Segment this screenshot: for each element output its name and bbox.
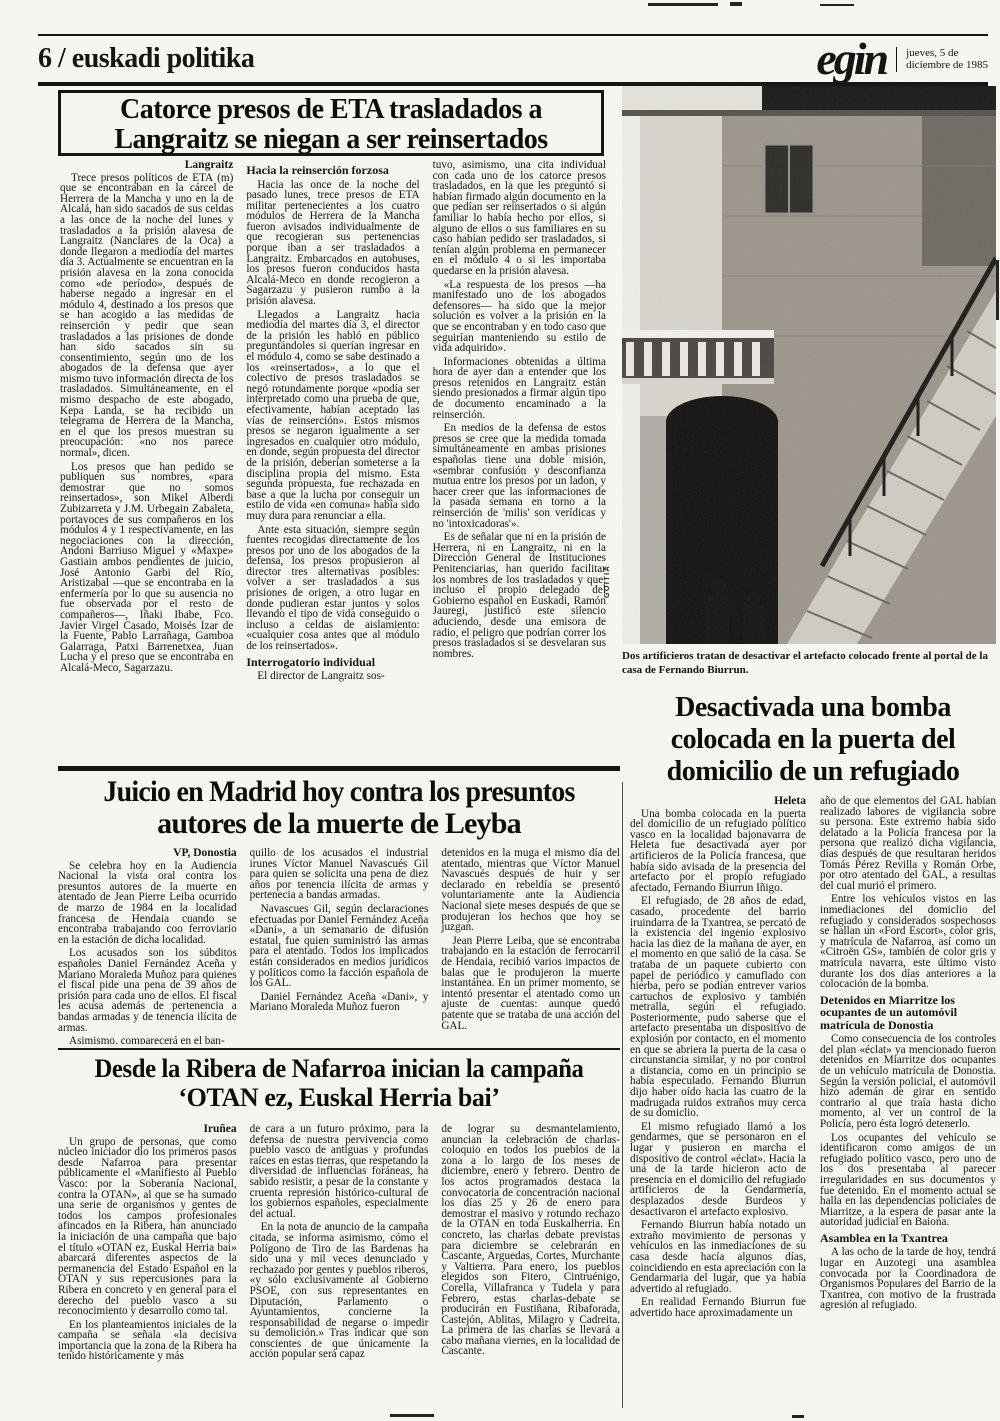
section-rule bbox=[58, 766, 620, 771]
scan-artifact bbox=[820, 4, 854, 6]
headline-bomba-line1: Desactivada una bomba bbox=[630, 692, 996, 724]
leyba-col-2: quillo de los acusados el industrial iru… bbox=[250, 848, 429, 1044]
paragraph: Jean Pierre Leiba, que se encontraba tra… bbox=[441, 936, 620, 1031]
paragraph: Trece presos políticos de ETA (m) que se… bbox=[60, 173, 233, 459]
paragraph: detenidos en la muga el mismo día del at… bbox=[441, 848, 620, 933]
paragraph: Fernando Biurrun había notado un extraño… bbox=[630, 1220, 806, 1294]
headline-leyba-line1: Juicio en Madrid hoy contra los presunto… bbox=[78, 776, 601, 808]
paragraph: A las ocho de la tarde de hoy, tendrá lu… bbox=[820, 1247, 996, 1311]
newspaper-page: 6 / euskadi politika egin jueves, 5 de d… bbox=[0, 0, 1000, 1421]
leyba-col-3: detenidos en la muga el mismo día del at… bbox=[441, 848, 620, 1044]
bomba-col-2: año de que elementos del GAL habían real… bbox=[820, 796, 996, 1408]
subhead: Interrogatorio individual bbox=[246, 656, 419, 669]
headline-bomba: Desactivada una bomba colocada en la pue… bbox=[630, 692, 996, 788]
headline-presos: Catorce presos de ETA trasladados a Lang… bbox=[58, 90, 604, 156]
paragraph: Hacia las once de la noche del pasado lu… bbox=[246, 180, 419, 307]
scan-artifact bbox=[792, 1415, 804, 1418]
headline-presos-line1: Catorce presos de ETA trasladados a bbox=[61, 95, 601, 125]
paragraph: Un grupo de personas, que como núcleo in… bbox=[58, 1137, 237, 1317]
paragraph: de lograr su desmantelamiento, anuncian … bbox=[441, 1124, 620, 1357]
paragraph: El mismo refugiado llamó a los gendarmes… bbox=[630, 1122, 806, 1217]
paragraph: quillo de los acusados el industrial iru… bbox=[250, 848, 429, 901]
article-otan-body: Iruñea Un grupo de personas, que como nú… bbox=[58, 1124, 620, 1414]
otan-col-2: de cara a un futuro próximo, para la def… bbox=[250, 1124, 429, 1414]
paragraph: Ante esta situación, siempre según fuent… bbox=[246, 525, 419, 652]
paragraph: Navascues Gil, según declaraciones efect… bbox=[250, 904, 429, 989]
article-leyba-body: VP, Donostia Se celebra hoy en la Audien… bbox=[58, 848, 620, 1044]
paragraph: Informaciones obtenidas a última hora de… bbox=[433, 357, 606, 421]
news-photo-illustration bbox=[622, 86, 996, 644]
subhead: Detenidos en Miarritze los ocupantes de … bbox=[820, 994, 996, 1032]
paragraph: Llegados a Langraitz hacia mediodía del … bbox=[246, 310, 419, 522]
paragraph: tuvo, asimismo, una cita individual con … bbox=[433, 160, 606, 277]
issue-date-line1: jueves, 5 de bbox=[906, 47, 988, 60]
section-title: 6 / euskadi politika bbox=[38, 43, 254, 75]
dateline: Langraitz bbox=[60, 160, 233, 171]
paragraph: En la nota de anuncio de la campaña cita… bbox=[250, 1222, 429, 1360]
paragraph: Se celebra hoy en la Audiencia Nacional … bbox=[58, 861, 237, 946]
scan-artifact bbox=[390, 1414, 434, 1417]
bomba-col-1: Heleta Una bomba colocada en la puerta d… bbox=[630, 796, 806, 1408]
paragraph: En realidad Fernando Biurrun fue adverti… bbox=[630, 1297, 806, 1318]
paragraph: El director de Langraitz sos- bbox=[246, 671, 419, 682]
subhead: Hacia la reinserción forzosa bbox=[246, 164, 419, 177]
section-rule bbox=[58, 1048, 620, 1050]
paragraph: Como consecuencia de los controles del p… bbox=[820, 1034, 996, 1129]
headline-bomba-line3: domicilio de un refugiado bbox=[630, 756, 996, 788]
paragraph: Daniel Fernández Aceña «Dani», y Mariano… bbox=[250, 992, 429, 1013]
presos-col-2: Hacia la reinserción forzosa Hacia las o… bbox=[246, 160, 419, 768]
paragraph: «La respuesta de los presos —ha manifest… bbox=[433, 280, 606, 354]
headline-otan: Desde la Ribera de Nafarroa inician la c… bbox=[58, 1054, 620, 1112]
paragraph: año de que elementos del GAL habían real… bbox=[820, 796, 996, 891]
photo-credit: GOITIA bbox=[604, 565, 611, 598]
headline-bomba-line2: colocada en la puerta del bbox=[630, 724, 996, 756]
paragraph: Los presos que han pedido se publiquen s… bbox=[60, 462, 233, 674]
masthead: 6 / euskadi politika egin jueves, 5 de d… bbox=[38, 34, 988, 86]
subhead: Asamblea en la Txantrea bbox=[820, 1232, 996, 1245]
paragraph: En los planteamientos iniciales de la ca… bbox=[58, 1320, 237, 1362]
presos-col-3: tuvo, asimismo, una cita individual con … bbox=[433, 160, 606, 768]
paragraph: Los ocupantes del vehículo se identifica… bbox=[820, 1133, 996, 1228]
scan-artifact bbox=[996, 260, 999, 320]
paragraph: Asimismo, comparecerá en el ban- bbox=[58, 1036, 237, 1044]
news-photo bbox=[622, 86, 996, 644]
headline-presos-line2: Langraitz se niegan a ser reinsertados bbox=[61, 125, 601, 155]
masthead-right: egin jueves, 5 de diciembre de 1985 bbox=[816, 39, 988, 79]
leyba-col-1: VP, Donostia Se celebra hoy en la Audien… bbox=[58, 848, 237, 1044]
paragraph: Es de señalar que ni en la prisión de He… bbox=[433, 532, 606, 659]
headline-leyba: Juicio en Madrid hoy contra los presunto… bbox=[58, 776, 620, 840]
article-presos-body: Langraitz Trece presos políticos de ETA … bbox=[60, 160, 606, 768]
headline-leyba-line2: autores de la muerte de Leyba bbox=[58, 808, 620, 840]
paragraph: Una bomba colocada en la puerta del domi… bbox=[630, 809, 806, 894]
headline-otan-line1: Desde la Ribera de Nafarroa inician la c… bbox=[72, 1054, 606, 1083]
scan-artifact bbox=[648, 3, 718, 6]
paragraph: El refugiado, de 28 años de edad, casado… bbox=[630, 896, 806, 1118]
paragraph: de cara a un futuro próximo, para la def… bbox=[250, 1124, 429, 1219]
otan-col-3: de lograr su desmantelamiento, anuncian … bbox=[441, 1124, 620, 1414]
byline: VP, Donostia bbox=[58, 848, 237, 859]
issue-date: jueves, 5 de diciembre de 1985 bbox=[896, 47, 988, 72]
scan-artifact bbox=[730, 2, 742, 6]
paragraph: En medios de la defensa de estos presos … bbox=[433, 423, 606, 529]
newspaper-logo: egin bbox=[816, 39, 896, 79]
issue-date-line2: diciembre de 1985 bbox=[906, 59, 988, 72]
article-bomba-body: Heleta Una bomba colocada en la puerta d… bbox=[630, 796, 996, 1408]
otan-col-1: Iruñea Un grupo de personas, que como nú… bbox=[58, 1124, 237, 1414]
dateline: Iruñea bbox=[58, 1124, 237, 1135]
paragraph: Entre los vehículos vistos en las inmedi… bbox=[820, 894, 996, 989]
headline-otan-line2: ‘OTAN ez, Euskal Herria bai’ bbox=[58, 1083, 620, 1112]
column-divider bbox=[622, 782, 623, 1408]
presos-col-1: Langraitz Trece presos políticos de ETA … bbox=[60, 160, 233, 768]
photo-caption: Dos artificieros tratan de desactivar el… bbox=[622, 650, 996, 677]
paragraph: Los acusados son los súbditos españoles … bbox=[58, 948, 237, 1033]
dateline: Heleta bbox=[630, 796, 806, 807]
